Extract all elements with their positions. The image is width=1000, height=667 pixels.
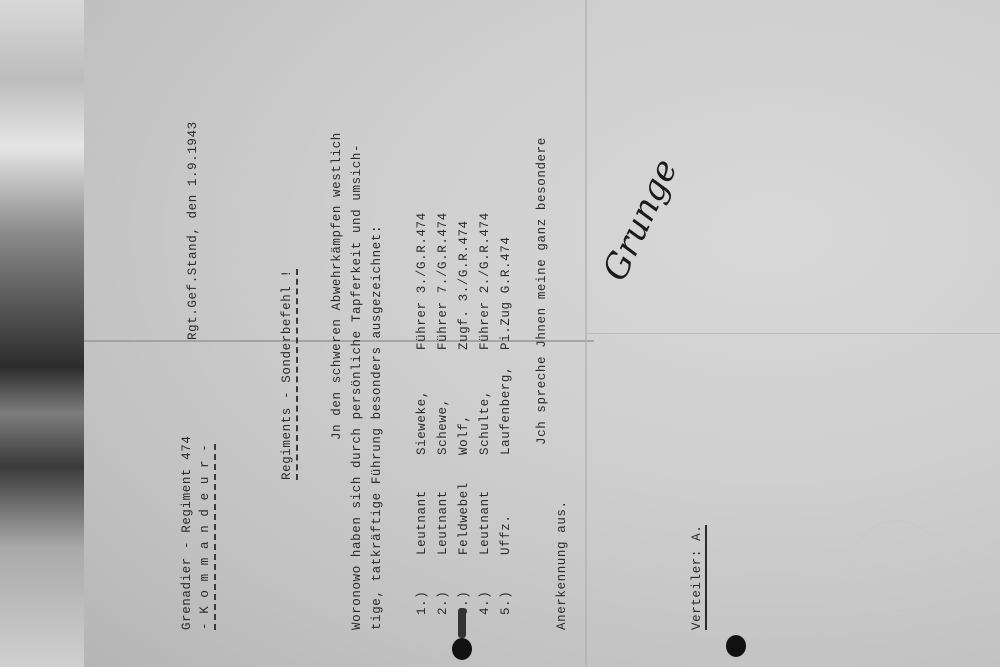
honoree-number: 5.) (499, 591, 513, 615)
punch-hole (726, 635, 746, 657)
honoree-rank: Leutnant (436, 490, 450, 555)
intro-line-1: Jn den schweren Abwehrkämpfen westlich (330, 132, 344, 440)
honoree-rank: Leutnant (415, 490, 429, 555)
distribution-note: Verteiler: A. (690, 525, 707, 630)
honoree-number: 4.) (478, 591, 492, 615)
honoree-role: Zugf. 3./G.R.474 (457, 220, 471, 350)
unit-heading: Grenadier - Regiment 474 (180, 436, 194, 630)
intro-line-3: tige, tatkräftige Führung besonders ausg… (370, 225, 384, 630)
office-heading: - K o m m a n d e u r - (198, 444, 216, 630)
closing-line-1: Jch spreche Jhnen meine ganz besondere (535, 137, 549, 445)
honoree-role: Führer 2./G.R.474 (478, 212, 492, 350)
staple-mark (458, 608, 466, 638)
closing-line-2: Anerkennung aus. (555, 500, 569, 630)
intro-line-2: Woronowo haben sich durch persönliche Ta… (350, 144, 364, 630)
honoree-number: 1.) (415, 591, 429, 615)
place-date: Rgt.Gef.Stand, den 1.9.1943 (186, 121, 200, 340)
document-title: Regiments - Sonderbefehl ! (280, 269, 298, 480)
honoree-rank: Uffz. (499, 514, 513, 555)
punch-hole (452, 638, 472, 660)
honoree-number: 2.) (436, 591, 450, 615)
honoree-role: Führer 3./G.R.474 (415, 212, 429, 350)
honoree-name: Schewe, (436, 398, 450, 455)
honoree-role: Pi.Zug G.R.474 (499, 237, 513, 350)
honoree-name: Sieweke, (415, 390, 429, 455)
honoree-name: Schulte, (478, 390, 492, 455)
honoree-role: Führer 7./G.R.474 (436, 212, 450, 350)
typed-order: Grenadier - Regiment 474 - K o m m a n d… (180, 70, 740, 630)
paper-stain (850, 520, 944, 614)
background-fabric (0, 0, 84, 667)
honoree-rank: Feldwebel (457, 482, 471, 555)
honoree-name: Laufenberg, (499, 366, 513, 455)
honoree-rank: Leutnant (478, 490, 492, 555)
honoree-name: Wolf, (457, 414, 471, 455)
